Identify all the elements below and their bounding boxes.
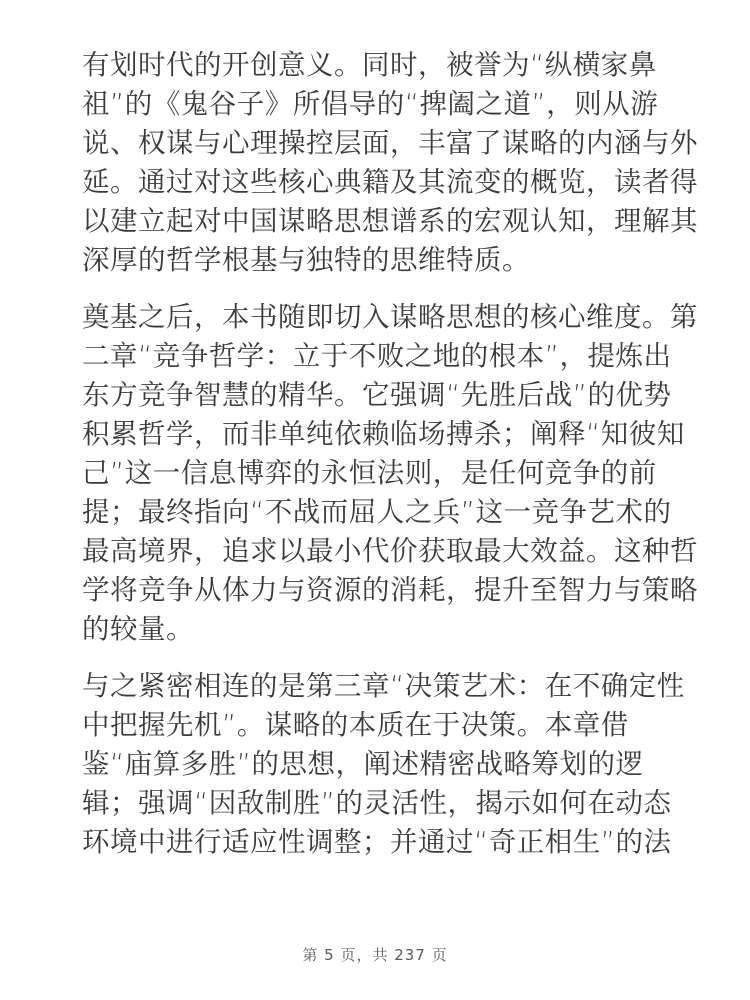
- text-line: 以建立起对中国谋略思想谱系的宏观认知，理解其: [82, 202, 682, 241]
- page-content: 有划时代的开创意义。同时，被誉为“纵横家鼻祖”的《鬼谷子》所倡导的“捭阖之道”，…: [82, 46, 682, 880]
- page-number-footer: 第 5 页，共 237 页: [0, 945, 750, 965]
- text-line: 积累哲学，而非单纯依赖临场搏杀；阐释“知彼知: [82, 415, 682, 454]
- text-line: 深厚的哲学根基与独特的思维特质。: [82, 241, 682, 280]
- paragraph: 与之紧密相连的是第三章“决策艺术：在不确定性中把握先机”。谋略的本质在于决策。本…: [82, 667, 682, 862]
- document-page: 有划时代的开创意义。同时，被誉为“纵横家鼻祖”的《鬼谷子》所倡导的“捭阖之道”，…: [0, 0, 750, 1000]
- text-line: 东方竞争智慧的精华。它强调“先胜后战”的优势: [82, 376, 682, 415]
- paragraph: 有划时代的开创意义。同时，被誉为“纵横家鼻祖”的《鬼谷子》所倡导的“捭阖之道”，…: [82, 46, 682, 280]
- text-line: 说、权谋与心理操控层面，丰富了谋略的内涵与外: [82, 124, 682, 163]
- text-line: 己”这一信息博弈的永恒法则，是任何竞争的前: [82, 454, 682, 493]
- text-line: 祖”的《鬼谷子》所倡导的“捭阖之道”，则从游: [82, 85, 682, 124]
- text-line: 的较量。: [82, 610, 682, 649]
- paragraph: 奠基之后，本书随即切入谋略思想的核心维度。第二章“竞争哲学：立于不败之地的根本”…: [82, 298, 682, 649]
- text-line: 环境中进行适应性调整；并通过“奇正相生”的法: [82, 823, 682, 862]
- text-line: 学将竞争从体力与资源的消耗，提升至智力与策略: [82, 571, 682, 610]
- text-line: 二章“竞争哲学：立于不败之地的根本”，提炼出: [82, 337, 682, 376]
- text-line: 延。通过对这些核心典籍及其流变的概览，读者得: [82, 163, 682, 202]
- text-line: 奠基之后，本书随即切入谋略思想的核心维度。第: [82, 298, 682, 337]
- text-line: 有划时代的开创意义。同时，被誉为“纵横家鼻: [82, 46, 682, 85]
- text-line: 与之紧密相连的是第三章“决策艺术：在不确定性: [82, 667, 682, 706]
- text-line: 提；最终指向“不战而屈人之兵”这一竞争艺术的: [82, 493, 682, 532]
- text-line: 最高境界，追求以最小代价获取最大效益。这种哲: [82, 532, 682, 571]
- text-line: 中把握先机”。谋略的本质在于决策。本章借: [82, 706, 682, 745]
- text-line: 辑；强调“因敌制胜”的灵活性，揭示如何在动态: [82, 784, 682, 823]
- text-line: 鉴“庙算多胜”的思想，阐述精密战略筹划的逻: [82, 745, 682, 784]
- reader-page: { "page": { "paragraphs": [ { "lines": […: [0, 0, 750, 1000]
